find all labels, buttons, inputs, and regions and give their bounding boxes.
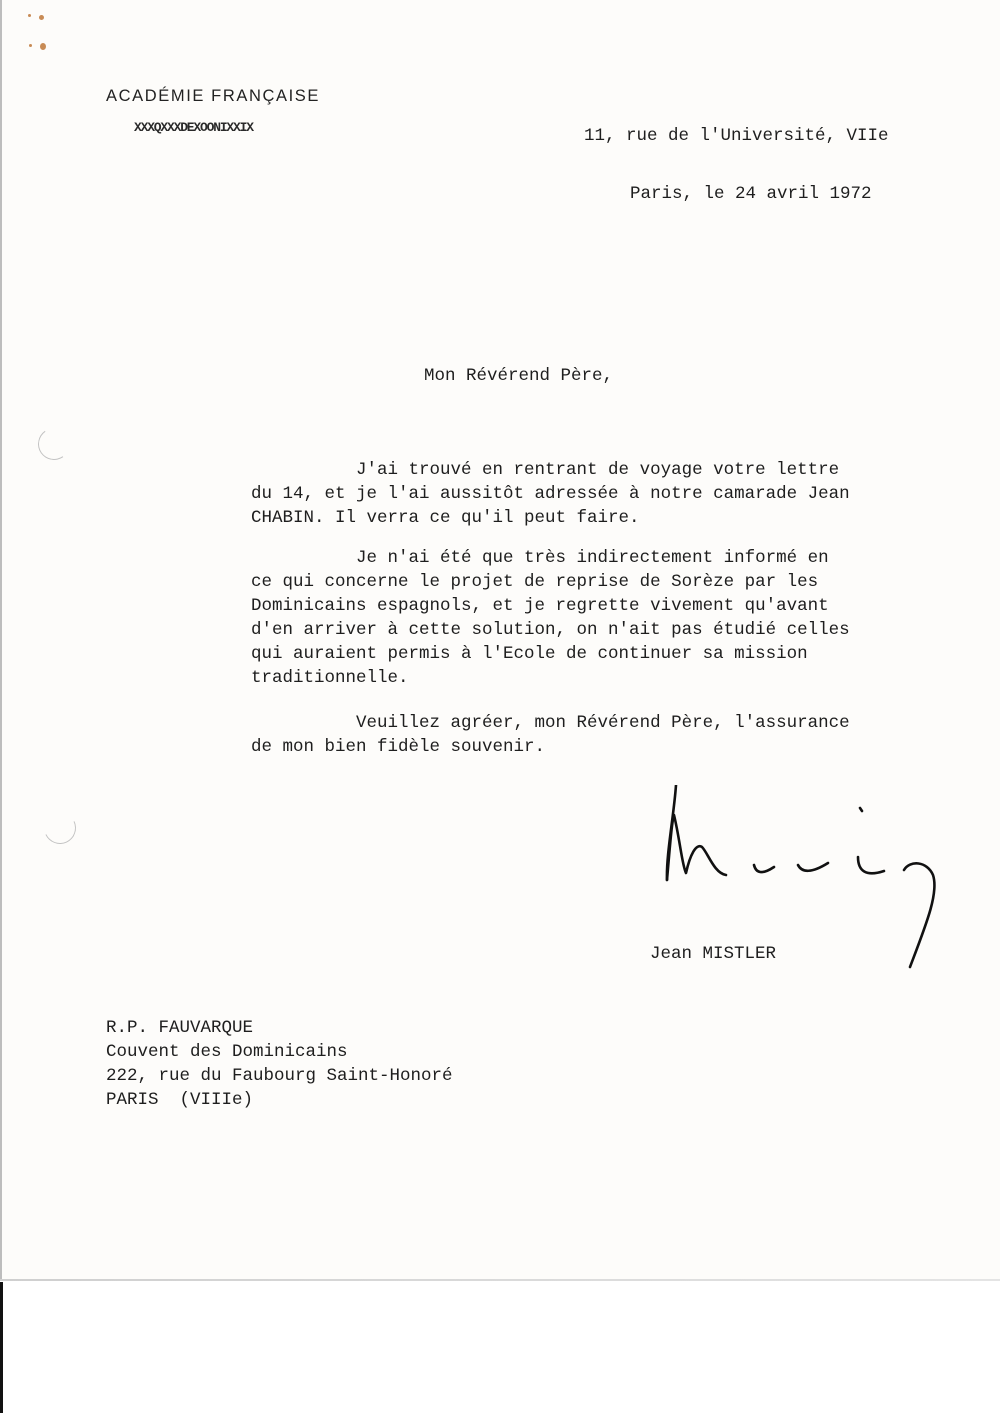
recipient-address-block: R.P. FAUVARQUE Couvent des Dominicains 2…	[106, 1016, 453, 1112]
rust-stain	[28, 14, 31, 17]
body-line: du 14, et je l'ai aussitôt adressée à no…	[251, 482, 971, 506]
scanner-edge	[0, 1282, 3, 1413]
recipient-line: R.P. FAUVARQUE	[106, 1016, 453, 1040]
punch-hole-mark	[35, 425, 72, 462]
body-line: d'en arriver à cette solution, on n'ait …	[251, 618, 971, 642]
body-line: Dominicains espagnols, et je regrette vi…	[251, 594, 971, 618]
body-line: ce qui concerne le projet de reprise de …	[251, 570, 971, 594]
body-line: Veuillez agréer, mon Révérend Père, l'as…	[251, 711, 971, 735]
letter-page: ACADÉMIE FRANÇAISE XXXQXXXDEXOONIXXIX 11…	[0, 0, 1000, 1280]
rust-stain	[40, 43, 46, 50]
body-line: J'ai trouvé en rentrant de voyage votre …	[251, 458, 971, 482]
salutation: Mon Révérend Père,	[424, 364, 613, 388]
body-line: de mon bien fidèle souvenir.	[251, 735, 971, 759]
letterhead-institution: ACADÉMIE FRANÇAISE	[106, 87, 320, 106]
date-line: Paris, le 24 avril 1972	[630, 182, 872, 206]
rust-stain	[39, 15, 44, 20]
paper-bottom-edge	[0, 1279, 1000, 1281]
body-line: qui auraient permis à l'Ecole de continu…	[251, 642, 971, 666]
recipient-line: 222, rue du Faubourg Saint-Honoré	[106, 1064, 453, 1088]
body-line: Je n'ai été que très indirectement infor…	[251, 546, 971, 570]
body-line: CHABIN. Il verra ce qu'il peut faire.	[251, 506, 971, 530]
recipient-line: PARIS (VIIIe)	[106, 1088, 453, 1112]
body-paragraph-1: J'ai trouvé en rentrant de voyage votre …	[251, 458, 971, 530]
rust-stain	[29, 44, 32, 47]
body-line: traditionnelle.	[251, 666, 971, 690]
punch-hole-mark	[39, 807, 80, 848]
recipient-line: Couvent des Dominicains	[106, 1040, 453, 1064]
signer-name: Jean MISTLER	[650, 942, 776, 966]
body-paragraph-2: Je n'ai été que très indirectement infor…	[251, 546, 971, 690]
body-paragraph-3: Veuillez agréer, mon Révérend Père, l'as…	[251, 711, 971, 759]
sender-address: 11, rue de l'Université, VIIe	[584, 124, 889, 148]
struck-out-letterhead-line: XXXQXXXDEXOONIXXIX	[134, 120, 253, 135]
